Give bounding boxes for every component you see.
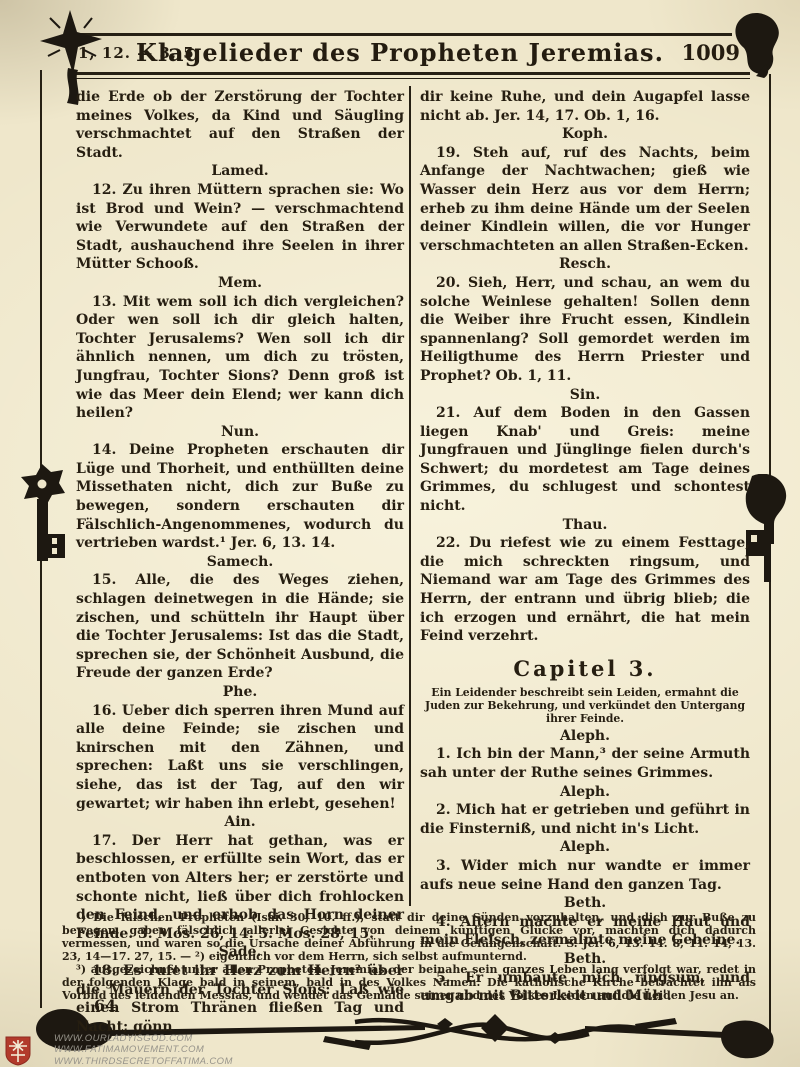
signature-number: 64 [94,996,116,1015]
verse-continuation: die Erde ob der Zerstörung der Tochter m… [76,88,404,162]
scanned-book-page: 1, 12. — 3, 5. Klagelieder des Propheten… [0,0,800,1067]
hebrew-letter-heading: Aleph. [420,838,750,857]
verse-paragraph: 2. Mich hat er getrieben und geführt in … [420,801,750,838]
hebrew-letter-heading: Ain. [76,813,404,832]
watermark-url: WWW.FATIMAMOVEMENT.COM [54,1044,233,1055]
hebrew-letter-heading: Aleph. [420,783,750,802]
verse-continuation: dir keine Ruhe, und dein Augapfel lasse … [420,88,750,125]
watermark-url: WWW.OURLADYISGOD.COM [54,1033,233,1044]
verse-paragraph: 19. Steh auf, ruf des Nachts, beim Anfan… [420,144,750,256]
watermark-shield-icon [5,1036,31,1066]
footnotes-block: ¹) Die falschen Propheten (Isai. 30, 10.… [62,911,756,1002]
verse-paragraph: 22. Du riefest wie zu einem Festtage, di… [420,534,750,646]
hebrew-letter-heading: Aleph. [420,727,750,746]
verse-paragraph: 21. Auf dem Boden in den Gassen liegen K… [420,404,750,516]
header-underline-thin [72,78,750,79]
verse-paragraph: 13. Mit wem soll ich dich vergleichen? O… [76,293,404,423]
watermark-urls: WWW.OURLADYISGOD.COMWWW.FATIMAMOVEMENT.C… [54,1033,233,1067]
hebrew-letter-heading: Samech. [76,553,404,572]
hebrew-letter-heading: Mem. [76,274,404,293]
hebrew-letter-heading: Lamed. [76,162,404,181]
top-border-rule [72,33,732,36]
right-text-column: dir keine Ruhe, und dein Augapfel lasse … [420,88,750,1006]
footnote: ³) ausgezeichnet unter allen Propheten. … [62,963,756,1002]
verse-paragraph: 16. Ueber dich sperren ihren Mund auf al… [76,702,404,814]
watermark-url: WWW.THIRDSECRETOFFATIMA.COM [54,1056,233,1067]
verse-paragraph: 1. Ich bin der Mann,³ der seine Armuth s… [420,745,750,782]
column-divider-rule [409,86,411,906]
verse-paragraph: 3. Wider mich nur wandte er immer aufs n… [420,857,750,894]
hebrew-letter-heading: Phe. [76,683,404,702]
verse-paragraph: 12. Zu ihren Müttern sprachen sie: Wo is… [76,181,404,274]
left-key-ornament-icon [18,462,68,574]
footnote: ¹) Die falschen Propheten (Isai. 30, 10.… [62,911,756,963]
chapter-summary: Ein Leidender beschreibt sein Leiden, er… [420,686,750,725]
header-underline-thick [72,72,750,75]
hebrew-letter-heading: Koph. [420,125,750,144]
hebrew-letter-heading: Sin. [420,386,750,405]
left-text-column: die Erde ob der Zerstörung der Tochter m… [76,88,404,1036]
hebrew-letter-heading: Beth. [420,894,750,913]
hebrew-letter-heading: Nun. [76,423,404,442]
verse-paragraph: 20. Sieh, Herr, und schau, an wem du sol… [420,274,750,386]
verse-paragraph: 15. Alle, die des Weges ziehen, schlagen… [76,571,404,683]
chapter-heading: Capitel 3. [420,654,750,684]
verse-paragraph: 14. Deine Propheten erschauten dir Lüge … [76,441,404,553]
hebrew-letter-heading: Resch. [420,255,750,274]
hebrew-letter-heading: Thau. [420,516,750,535]
page-title: Klagelieder des Propheten Jeremias. [0,38,800,67]
page-number: 1009 [682,40,740,65]
